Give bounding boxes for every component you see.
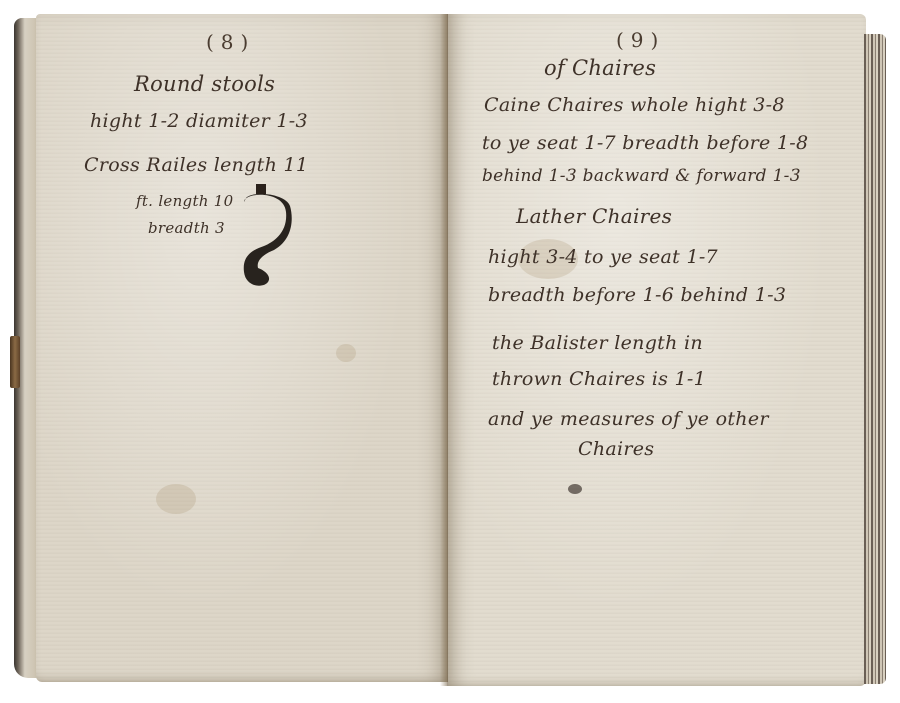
- left-line-4: breadth 3: [148, 219, 225, 237]
- paper-stain: [336, 344, 356, 362]
- right-page: ( 9 ) of Chaires Caine Chaires whole hig…: [448, 14, 866, 686]
- page-number-right: ( 9 ): [616, 28, 659, 52]
- right-line-9: and ye measures of ye other: [488, 408, 769, 430]
- left-line-1-text: hight 1-2 diamiter 1-3: [90, 110, 308, 132]
- paper-stain: [156, 484, 196, 514]
- right-heading: of Chaires: [544, 56, 656, 80]
- right-line-6: breadth before 1-6 behind 1-3: [488, 284, 786, 306]
- right-line-2: to ye seat 1-7 breadth before 1-8: [482, 132, 808, 154]
- left-line-2-text: Cross Railes length 11: [84, 154, 308, 176]
- right-line-10: Chaires: [578, 438, 654, 460]
- right-line-8: thrown Chaires is 1-1: [492, 368, 706, 390]
- right-line-3: behind 1-3 backward & forward 1-3: [482, 166, 801, 186]
- right-page-block-edge: [864, 34, 886, 684]
- ink-dot: [568, 484, 582, 494]
- clasp-remnant: [10, 336, 20, 388]
- right-line-5: hight 3-4 to ye seat 1-7: [488, 246, 718, 268]
- left-line-1: hight 1-2 diamiter 1-3: [90, 110, 308, 132]
- left-heading: Round stools: [134, 72, 275, 96]
- left-line-2: Cross Railes length 11: [84, 154, 308, 176]
- page-number-left: ( 8 ): [206, 30, 249, 54]
- right-line-1: Caine Chaires whole hight 3-8: [484, 94, 785, 116]
- right-line-7: the Balister length in: [492, 332, 703, 354]
- left-line-3: ft. length 10: [136, 192, 234, 210]
- right-subheading-lather-chaires: Lather Chaires: [516, 204, 672, 228]
- ink-blot-icon: [234, 184, 294, 294]
- left-page: ( 8 ) Round stools hight 1-2 diamiter 1-…: [36, 14, 448, 682]
- open-notebook: ( 8 ) Round stools hight 1-2 diamiter 1-…: [10, 14, 888, 686]
